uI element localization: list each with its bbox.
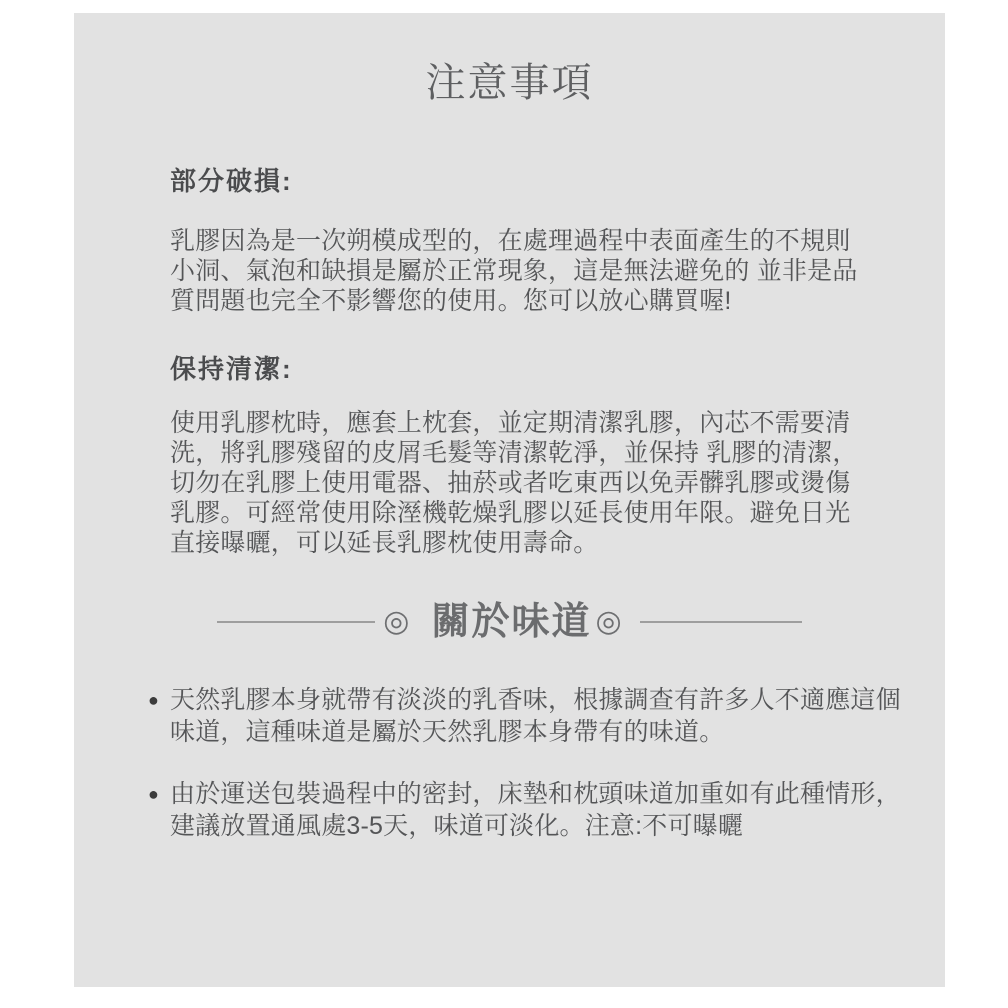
section-body-cleaning: 使用乳膠枕時，應套上枕套，並定期清潔乳膠，內芯不需要清 洗，將乳膠殘留的皮屑毛髮… — [170, 408, 861, 558]
divider-label-about-smell: 關於味道 — [431, 599, 591, 645]
bullet-text-natural-smell: 天然乳膠本身就帶有淡淡的乳香味，根據調查有許多人不適應這個 味道，這種味道是屬於… — [170, 684, 901, 748]
bullseye-icon-left: ◎ — [383, 607, 409, 637]
bullet-list: ● 天然乳膠本身就帶有淡淡的乳香味，根據調查有許多人不適應這個 味道，這種味道是… — [74, 684, 945, 842]
bullet-text-packaging-smell: 由於運送包裝過程中的密封，床墊和枕頭味道加重如有此種情形， 建議放置通風處3-5… — [170, 778, 901, 842]
divider-line-left — [217, 621, 375, 623]
section-heading-cleaning: 保持清潔: — [170, 354, 861, 384]
bullet-item-packaging-smell: ● 由於運送包裝過程中的密封，床墊和枕頭味道加重如有此種情形， 建議放置通風處3… — [148, 778, 917, 842]
section-body-damage: 乳膠因為是一次朔模成型的，在處理過程中表面產生的不規則 小洞、氣泡和缺損是屬於正… — [170, 226, 861, 316]
bullet-dot-icon: ● — [148, 778, 170, 810]
notice-card: 注意事項 部分破損: 乳膠因為是一次朔模成型的，在處理過程中表面產生的不規則 小… — [74, 13, 945, 987]
bullet-item-natural-smell: ● 天然乳膠本身就帶有淡淡的乳香味，根據調查有許多人不適應這個 味道，這種味道是… — [148, 684, 917, 748]
bullet-dot-icon: ● — [148, 684, 170, 716]
section-heading-damage: 部分破損: — [170, 166, 861, 196]
divider-line-right — [640, 621, 802, 623]
page-title: 注意事項 — [74, 13, 945, 104]
bullseye-icon-right: ◎ — [596, 607, 622, 637]
sections-container: 部分破損: 乳膠因為是一次朔模成型的，在處理過程中表面產生的不規則 小洞、氣泡和… — [74, 166, 945, 558]
smell-section-divider: ◎ 關於味道 ◎ — [74, 597, 945, 647]
